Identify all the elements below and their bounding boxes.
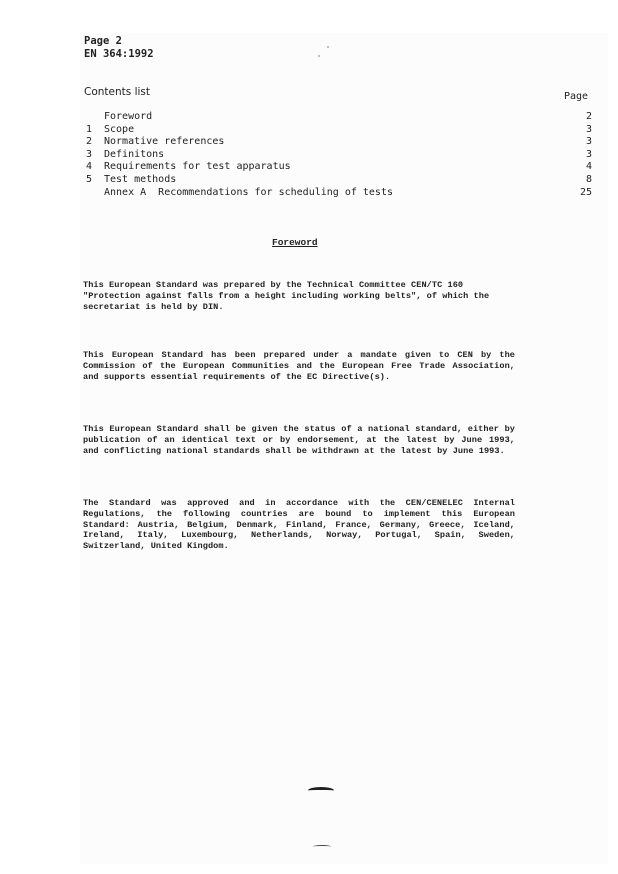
toc-page: 25 <box>562 187 592 200</box>
toc-number: 2 <box>86 136 104 149</box>
page-header: Page 2 EN 364:1992 <box>84 35 154 61</box>
toc-number <box>86 111 104 124</box>
toc-number: 3 <box>86 149 104 162</box>
toc-item-definitions[interactable]: 3 Definitons 3 <box>86 149 592 162</box>
toc-page: 3 <box>562 136 592 149</box>
toc-number: 1 <box>86 124 104 137</box>
toc-label: Annex A Recommendations for scheduling o… <box>104 187 562 200</box>
scan-speck <box>318 55 320 57</box>
toc-page: 8 <box>562 174 592 187</box>
foreword-paragraph-1: This European Standard was prepared by t… <box>83 280 515 312</box>
toc-item-scope[interactable]: 1 Scope 3 <box>86 124 592 137</box>
toc-item-normative-references[interactable]: 2 Normative references 3 <box>86 136 592 149</box>
foreword-paragraph-2: This European Standard has been prepared… <box>83 350 515 382</box>
toc-item-requirements[interactable]: 4 Requirements for test apparatus 4 <box>86 161 592 174</box>
toc-page: 4 <box>562 161 592 174</box>
toc-page: 3 <box>562 149 592 162</box>
toc-label: Scope <box>104 124 562 137</box>
scan-mark <box>308 787 334 794</box>
foreword-paragraph-3: This European Standard shall be given th… <box>83 424 515 456</box>
foreword-heading: Foreword <box>272 237 318 248</box>
page-column-label: Page <box>564 91 588 102</box>
toc-item-foreword[interactable]: Foreword 2 <box>86 111 592 124</box>
toc-item-test-methods[interactable]: 5 Test methods 8 <box>86 174 592 187</box>
toc-page: 3 <box>562 124 592 137</box>
page-number: Page 2 <box>84 35 154 48</box>
foreword-paragraph-4: The Standard was approved and in accorda… <box>83 498 515 552</box>
toc-number <box>86 187 104 200</box>
toc-label: Definitons <box>104 149 562 162</box>
toc-page: 2 <box>562 111 592 124</box>
toc-label: Requirements for test apparatus <box>104 161 562 174</box>
standard-id: EN 364:1992 <box>84 48 154 61</box>
contents-title: Contents list <box>84 86 150 98</box>
toc-number: 5 <box>86 174 104 187</box>
toc-item-annex-a[interactable]: Annex A Recommendations for scheduling o… <box>86 187 592 200</box>
scan-mark <box>313 845 331 848</box>
scan-speck <box>327 46 329 48</box>
toc-label: Normative references <box>104 136 562 149</box>
toc-label: Test methods <box>104 174 562 187</box>
toc-label: Foreword <box>104 111 562 124</box>
toc-number: 4 <box>86 161 104 174</box>
table-of-contents: Foreword 2 1 Scope 3 2 Normative referen… <box>86 111 592 199</box>
